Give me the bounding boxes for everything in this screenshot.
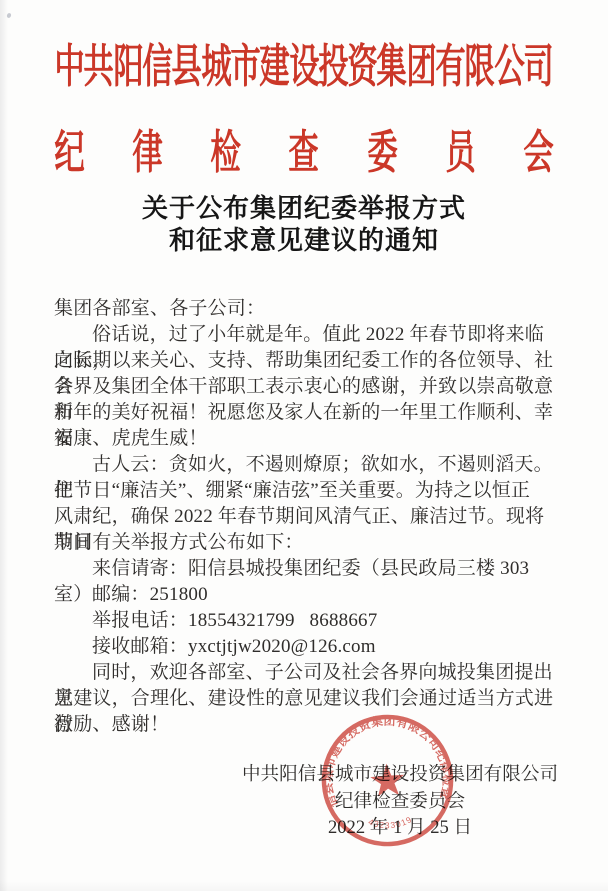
body-line: 向长期以来关心、支持、帮助集团纪委工作的各位领导、社会 — [54, 348, 554, 374]
body-line: 风肃纪，确保 2022 年春节期间风清气正、廉洁过节。现将节日 — [54, 504, 554, 530]
phone-line: 举报电话：18554321799 8688667 — [54, 608, 554, 634]
body-line: 住节日“廉洁关”、绷紧“廉洁弦”至关重要。为持之以恒正 — [54, 478, 554, 504]
body-line: 见建议，合理化、建设性的意见建议我们会通过适当方式进行 — [54, 686, 554, 712]
scan-speck — [6, 12, 12, 18]
seal-serial: 43233019 — [366, 814, 414, 832]
salutation-line: 集团各部室、各子公司： — [54, 296, 554, 322]
org-name-line2: 纪律检查委员会 — [55, 122, 553, 184]
body-line: 期间有关举报方式公布如下： — [54, 530, 554, 556]
body-text: 集团各部室、各子公司： 俗话说，过了小年就是年。值此 2022 年春节即将来临之… — [54, 296, 554, 738]
body-line: 各界及集团全体干部职工表示衷心的感谢，并致以崇高敬意和 — [54, 374, 554, 400]
postal-code-line: 邮编：251800 — [54, 582, 554, 608]
org-name-line1: 中共阳信县城市建设投资集团有限公司 — [55, 36, 553, 98]
org-header: 中共阳信县城市建设投资集团有限公司 纪律检查委员会 — [55, 36, 553, 184]
body-line: 俗话说，过了小年就是年。值此 2022 年春节即将来临之际， — [54, 322, 554, 348]
star-icon — [369, 762, 405, 797]
document-page: 中共阳信县城市建设投资集团有限公司 纪律检查委员会 关于公布集团纪委举报方式 和… — [0, 0, 608, 891]
mail-address-line: 来信请寄：阳信县城投集团纪委（县民政局三楼 303 室） — [54, 556, 554, 582]
body-line: 激励、感谢！ — [54, 712, 554, 738]
svg-text:43233019: 43233019 — [366, 814, 414, 832]
body-line: 同时，欢迎各部室、子公司及社会各界向城投集团提出意 — [54, 660, 554, 686]
official-seal: 中共阳信县城市建设投资集团有限公司纪律检查委员会 43233019 — [313, 706, 461, 854]
email-line: 接收邮箱：yxctjtjw2020@126.com — [54, 634, 554, 660]
body-line: 安康、虎虎生威！ — [54, 426, 554, 452]
body-line: 新年的美好祝福！祝愿您及家人在新的一年里工作顺利、幸福 — [54, 400, 554, 426]
doc-title: 关于公布集团纪委举报方式 和征求意见建议的通知 — [0, 193, 608, 257]
body-line: 古人云：贪如火，不遏则燎原；欲如水，不遏则滔天。把 — [54, 452, 554, 478]
doc-title-line2: 和征求意见建议的通知 — [0, 225, 608, 257]
seal-ring-text: 中共阳信县城市建设投资集团有限公司纪律检查委员会 — [313, 706, 456, 810]
doc-title-line1: 关于公布集团纪委举报方式 — [0, 193, 608, 225]
svg-text:中共阳信县城市建设投资集团有限公司纪律检查委员会: 中共阳信县城市建设投资集团有限公司纪律检查委员会 — [313, 706, 456, 810]
